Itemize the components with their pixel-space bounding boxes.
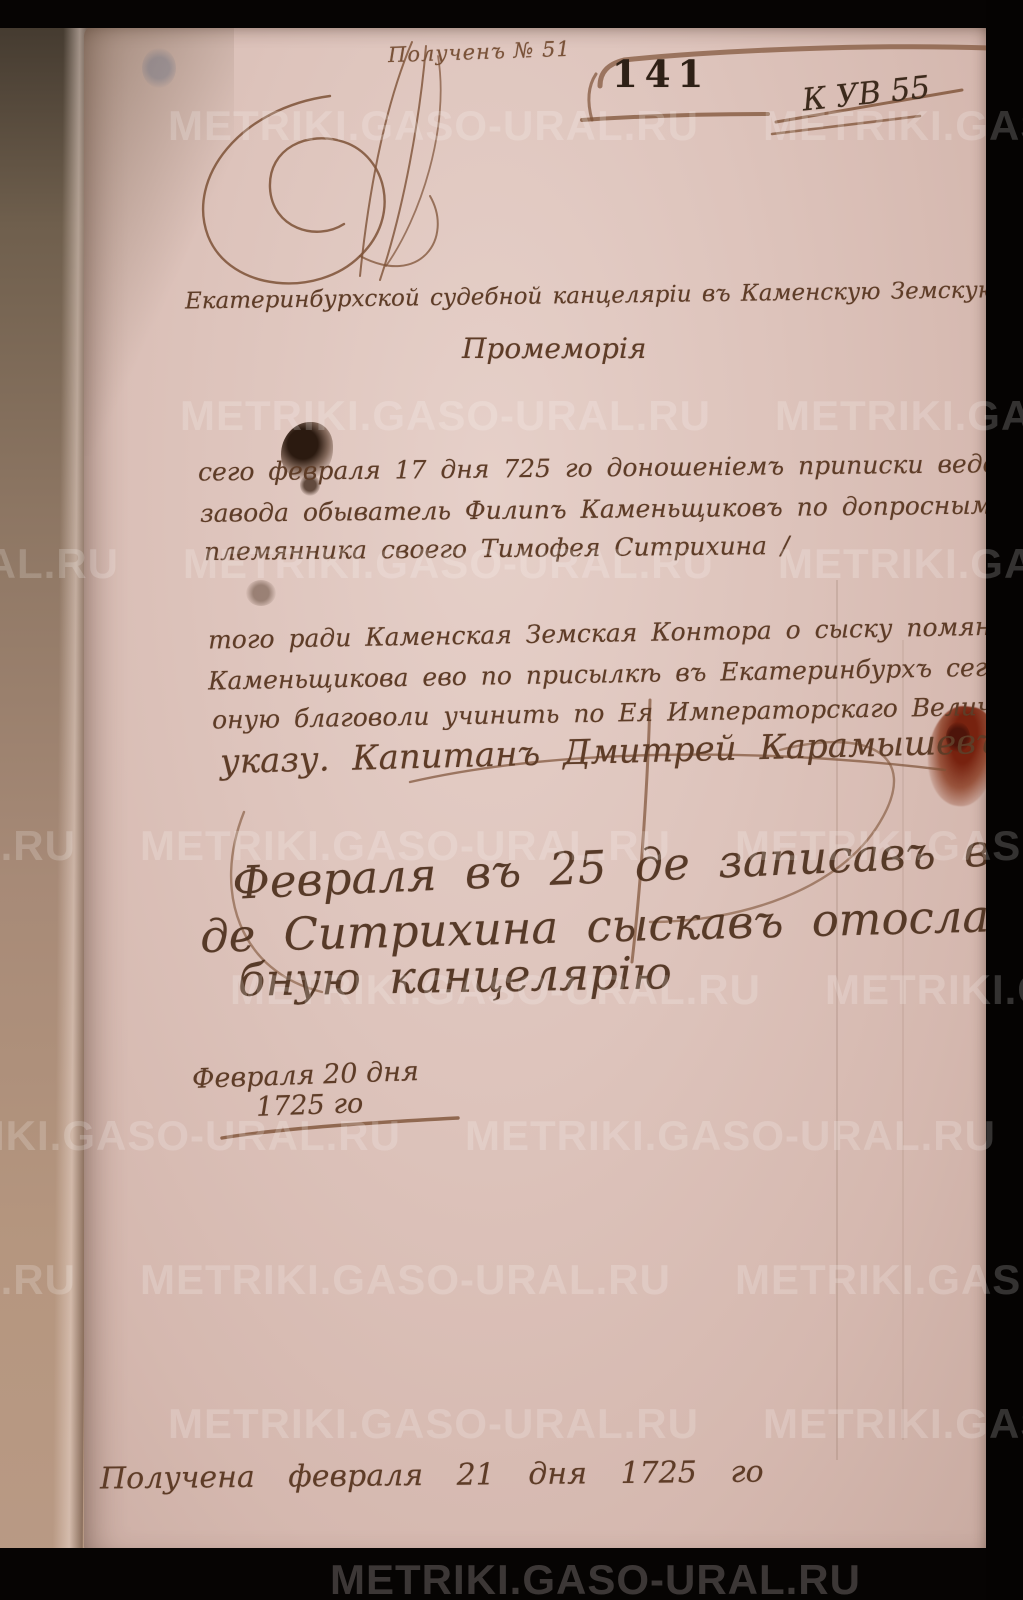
received-date-line: Получена февраля 21 дня 1725 го	[100, 1455, 764, 1497]
photo-border-top	[0, 0, 1023, 28]
manuscript-scan: Полученъ № 51 141 К УВ 55 Екатеринбурхск…	[0, 0, 1023, 1600]
body-line: племянника своего Тимофея Ситрихина /	[204, 531, 790, 566]
photo-border-bottom	[0, 1548, 1023, 1600]
document-type: Промеморія	[462, 332, 646, 365]
date-note-line: 1725 го	[255, 1088, 363, 1123]
resolution-line: бную канцелярію	[238, 946, 673, 1007]
ink-blot	[246, 580, 276, 606]
pen-flourish-swirl	[120, 36, 450, 306]
photo-border-right	[986, 0, 1023, 1600]
folio-number: 141	[612, 52, 710, 96]
